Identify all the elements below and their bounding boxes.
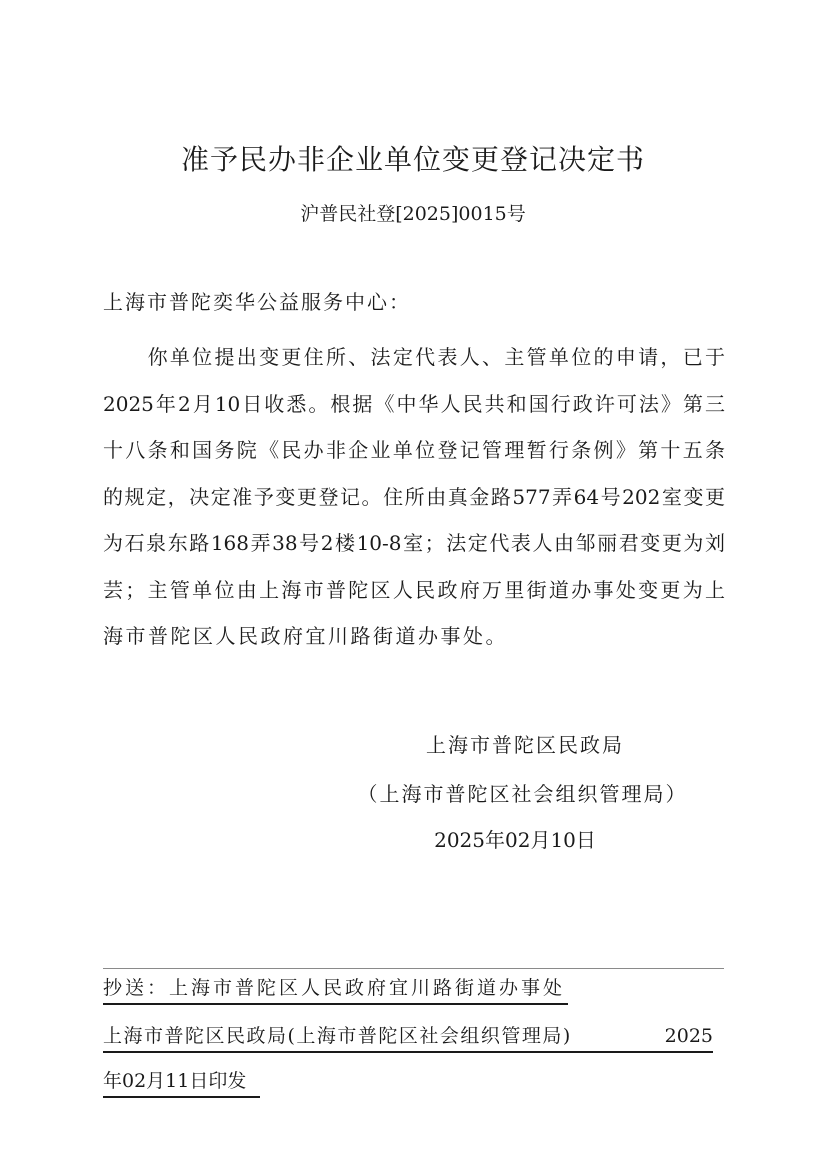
signature-organization: 上海市普陀区民政局 <box>405 728 645 762</box>
body-line: 十八条和国务院《民办非企业单位登记管理暂行条例》第十五条 <box>103 427 725 474</box>
issue-date-line: 年02月11日印发 <box>103 1066 260 1098</box>
document-title: 准予民办非企业单位变更登记决定书 <box>0 140 826 180</box>
signature-sub-organization: （上海市普陀区社会组织管理局） <box>350 777 695 811</box>
document-number: 沪普民社登[2025]0015号 <box>0 199 826 229</box>
body-paragraph: 你单位提出变更住所、法定代表人、主管单位的申请，已于 2025年2月10日收悉。… <box>103 334 725 660</box>
issuer-year: 2025 <box>665 1021 713 1051</box>
body-line: 为石泉东路168弄38号2楼10-8室；法定代表人由邹丽君变更为刘 <box>103 520 725 567</box>
body-line: 的规定，决定准予变更登记。住所由真金路577弄64号202室变更 <box>103 474 725 521</box>
body-line: 海市普陀区人民政府宜川路街道办事处。 <box>103 613 725 660</box>
signature-date: 2025年02月10日 <box>420 823 610 857</box>
cc-line: 抄送：上海市普陀区人民政府宜川路街道办事处 <box>103 973 568 1005</box>
issuer-line: 上海市普陀区民政局(上海市普陀区社会组织管理局) 2025 <box>103 1021 713 1053</box>
body-line: 你单位提出变更住所、法定代表人、主管单位的申请，已于 <box>103 334 725 381</box>
body-line: 2025年2月10日收悉。根据《中华人民共和国行政许可法》第三 <box>103 381 725 428</box>
issuer-name: 上海市普陀区民政局(上海市普陀区社会组织管理局) <box>103 1025 572 1047</box>
body-line: 芸；主管单位由上海市普陀区人民政府万里街道办事处变更为上 <box>103 567 725 614</box>
salutation: 上海市普陀奕华公益服务中心： <box>103 285 725 319</box>
document-page: 准予民办非企业单位变更登记决定书 沪普民社登[2025]0015号 上海市普陀奕… <box>0 0 826 1168</box>
footer-divider <box>103 968 724 969</box>
